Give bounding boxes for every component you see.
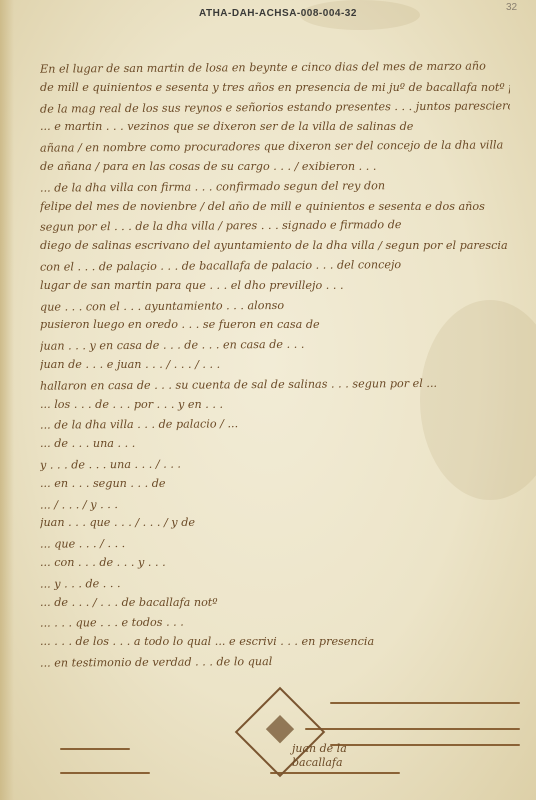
text-line: diego de salinas escrivano del ayuntamie…: [40, 236, 510, 256]
text-line: con el . . . de palaçio . . . de bacalla…: [40, 254, 510, 277]
text-line: lugar de san martin para que . . . el dh…: [40, 276, 510, 296]
text-line: de la mag real de los sus reynos e señor…: [40, 96, 510, 119]
closing-flourish: [60, 748, 130, 750]
text-line: pusieron luego en oredo . . . se fueron …: [40, 315, 510, 335]
text-line: ... de . . . una . . .: [40, 434, 510, 454]
text-line: ... / . . . / y . . .: [40, 492, 510, 515]
text-line: hallaron en casa de . . . su cuenta de s…: [40, 373, 510, 396]
closing-flourish: [330, 702, 520, 704]
text-line: de mill e quinientos e sesenta y tres añ…: [40, 78, 510, 98]
archive-reference: ATHA-DAH-ACHSA-008-004-32: [199, 8, 357, 19]
notary-signature: juan de la bacallafa: [292, 742, 362, 770]
manuscript-text: En el lugar de san martin de losa en bey…: [40, 58, 510, 672]
text-line: juan de . . . e juan . . . / . . . / . .…: [40, 355, 510, 375]
text-line: ... . . . que . . . e todos . . .: [40, 611, 510, 634]
text-line: ... e martin . . . vezinos que se dixero…: [40, 117, 510, 137]
text-line: de añana / para en las cosas de su cargo…: [40, 157, 510, 177]
text-line: juan . . . y en casa de . . . de . . . e…: [40, 334, 510, 357]
signature-line: juan de la: [292, 742, 362, 756]
text-line: ... . . . de los . . . a todo lo qual ..…: [40, 632, 510, 652]
text-line: En el lugar de san martin de losa en bey…: [40, 56, 510, 79]
text-line: felipe del mes de novienbre / del año de…: [40, 197, 510, 217]
closing-flourish: [60, 772, 150, 774]
closing-flourish: [270, 772, 400, 774]
text-line: que . . . con el . . . ayuntamiento . . …: [40, 294, 510, 317]
text-line: ... con . . . de . . . y . . .: [40, 553, 510, 573]
text-line: ... y . . . de . . .: [40, 571, 510, 594]
text-line: y . . . de . . . una . . . / . . .: [40, 452, 510, 475]
text-line: ... en . . . segun . . . de: [40, 474, 510, 494]
text-line: segun por el . . . de la dha villa / par…: [40, 215, 510, 238]
folio-number: 32: [506, 2, 517, 13]
manuscript-page: ATHA-DAH-ACHSA-008-004-32 32 En el lugar…: [0, 0, 536, 800]
text-line: ... de la dha villa con firma . . . conf…: [40, 175, 510, 198]
text-line: juan . . . que . . . / . . . / y de: [40, 513, 510, 533]
text-line: ... que . . . / . . .: [40, 531, 510, 554]
text-line: ... los . . . de . . . por . . . y en . …: [40, 395, 510, 415]
closing-flourish: [305, 728, 520, 730]
text-line: ... en testimonio de verdad . . . de lo …: [40, 650, 510, 673]
signature-line: bacallafa: [292, 756, 362, 770]
text-line: añana / en nombre como procuradores que …: [40, 136, 510, 159]
text-line: ... de la dha villa . . . de palacio / .…: [40, 413, 510, 436]
text-line: ... de . . . / . . . de bacallafa notº: [40, 593, 510, 613]
